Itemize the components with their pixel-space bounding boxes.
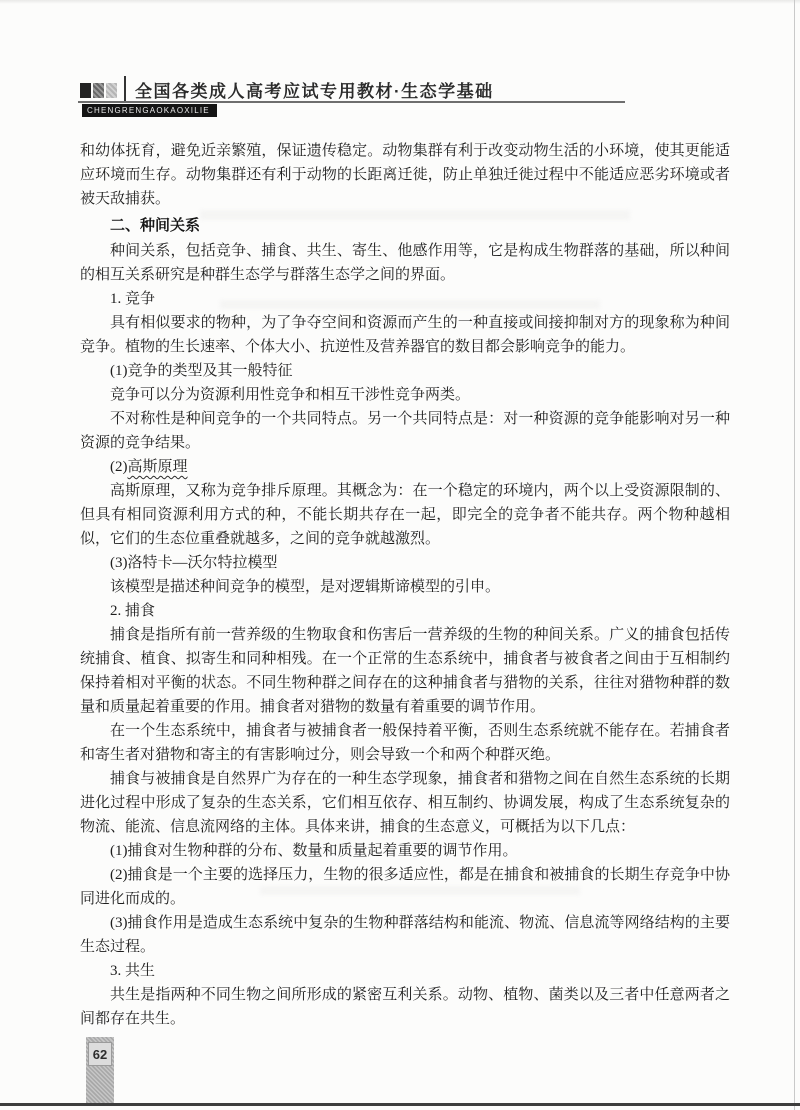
gause-principle-term: 高斯原理 [128, 459, 188, 475]
paragraph-predation-significance-intro: 捕食与被捕食是自然界广为存在的一种生态学现象，捕食者和猎物之间在自然生态系统的长… [80, 767, 730, 839]
paragraph-predation-definition: 捕食是指所有前一营养级的生物取食和伤害后一营养级的生物的种间关系。广义的捕食包括… [80, 623, 730, 719]
section-heading-interspecific-relations: 二、种间关系 [80, 214, 730, 238]
scan-right-edge [794, 0, 795, 1110]
item-lotka-volterra-model: (3)洛特卡—沃尔特拉模型 [80, 551, 730, 575]
subheading-predation: 2. 捕食 [80, 599, 730, 623]
item-number: (2) [110, 459, 128, 475]
book-title: 全国各类成人高考应试专用教材·生态学基础 [135, 77, 494, 102]
subheading-symbiosis: 3. 共生 [80, 959, 730, 983]
page-header: 全国各类成人高考应试专用教材·生态学基础 [80, 76, 494, 102]
paragraph-interspecific-overview: 种间关系，包括竞争、捕食、共生、寄生、他感作用等，它是构成生物群落的基础，所以种… [80, 239, 730, 287]
item-competition-types: (1)竞争的类型及其一般特征 [80, 359, 730, 383]
item-gause-principle: (2)高斯原理 [80, 455, 730, 479]
logo-square-medium [93, 83, 104, 98]
paragraph-gause-definition: 高斯原理，又称为竞争排斥原理。其概念为：在一个稳定的环境内，两个以上受资源限制的… [80, 479, 730, 551]
paragraph-competition-two-kinds: 竞争可以分为资源利用性竞争和相互干涉性竞争两类。 [80, 383, 730, 407]
page-number-tab: 62 [86, 1037, 114, 1103]
item-predation-point-3: (3)捕食作用是造成生态系统中复杂的生物种群落结构和能流、物流、信息流等网络结构… [80, 911, 730, 959]
scan-top-shade [0, 0, 800, 4]
paragraph-competition-definition: 具有相似要求的物种，为了争夺空间和资源而产生的一种直接或间接抑制对方的现象称为种… [80, 311, 730, 359]
subheading-competition: 1. 竞争 [80, 287, 730, 311]
header-divider [124, 76, 126, 102]
page-bottom-rule [0, 1103, 800, 1106]
paragraph-symbiosis-definition: 共生是指两种不同生物之间所形成的紧密互利关系。动物、植物、菌类以及三者中任意两者… [80, 983, 730, 1031]
paragraph-competition-asymmetry: 不对称性是种间竞争的一个共同特点。另一个共同特点是：对一种资源的竞争能影响对另一… [80, 407, 730, 455]
series-label: CHENGRENGAOKAOXILIE [82, 104, 217, 117]
header-rule [78, 101, 625, 103]
page-text-block: 和幼体抚育，避免近亲繁殖，保证遗传稳定。动物集群有利于改变动物生活的小环境，使其… [80, 139, 730, 1031]
scanned-textbook-page: { "header": { "series_label": "CHENGRENG… [0, 0, 800, 1110]
series-logo-icon [80, 83, 117, 98]
logo-square-dark [80, 83, 91, 98]
page-number: 62 [88, 1042, 112, 1066]
paragraph-lotka-volterra-note: 该模型是描述种间竞争的模型，是对逻辑斯谛模型的引申。 [80, 575, 730, 599]
logo-square-light [106, 83, 117, 98]
paragraph-animal-grouping: 和幼体抚育，避免近亲繁殖，保证遗传稳定。动物集群有利于改变动物生活的小环境，使其… [80, 139, 730, 211]
paragraph-predation-balance: 在一个生态系统中，捕食者与被捕食者一般保持着平衡，否则生态系统就不能存在。若捕食… [80, 719, 730, 767]
item-predation-point-1: (1)捕食对生物种群的分布、数量和质量起着重要的调节作用。 [80, 839, 730, 863]
item-predation-point-2: (2)捕食是一个主要的选择压力，生物的很多适应性，都是在捕食和被捕食的长期生存竞… [80, 863, 730, 911]
